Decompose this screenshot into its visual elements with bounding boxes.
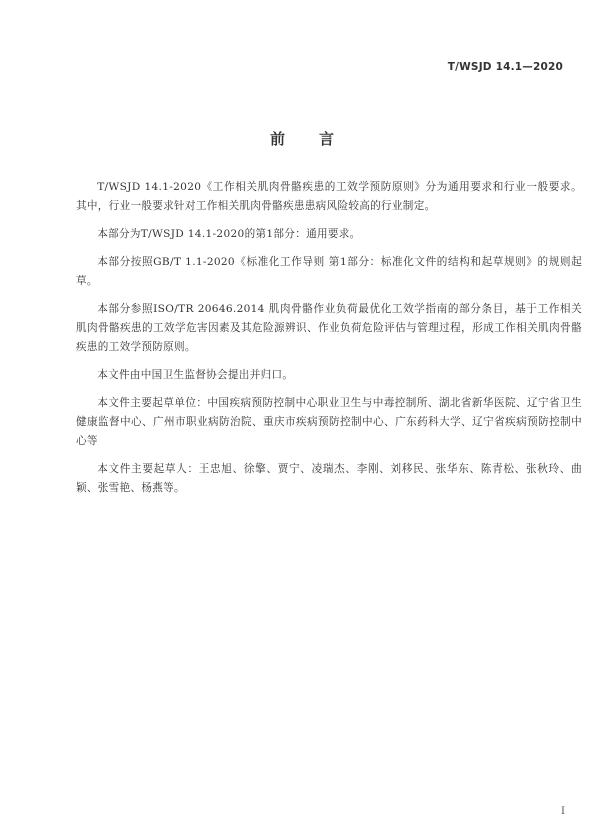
paragraph-proposer: 本文件由中国卫生监督协会提出并归口。 <box>76 366 582 385</box>
paragraph-drafting-units: 本文件主要起草单位：中国疾病预防控制中心职业卫生与中毒控制所、湖北省新华医院、辽… <box>76 394 582 451</box>
standard-code-header: T/WSJD 14.1—2020 <box>448 61 563 73</box>
paragraph-part-scope: 本部分为T/WSJD 14.1-2020的第1部分：通用要求。 <box>76 225 582 244</box>
paragraph-drafters: 本文件主要起草人：王忠旭、徐擎、贾宁、凌瑞杰、李刚、刘移民、张华东、陈青松、张秋… <box>76 460 582 498</box>
paragraph-references: 本部分参照ISO/TR 20646.2014 肌肉骨骼作业负荷最优化工效学指南的… <box>76 300 582 357</box>
page-number: I <box>561 806 565 817</box>
paragraph-standard-structure: T/WSJD 14.1-2020《工作相关肌肉骨骼疾患的工效学预防原则》分为通用… <box>76 178 582 216</box>
page-title: 前言 <box>0 128 604 149</box>
paragraph-drafting-rules: 本部分按照GB/T 1.1-2020《标准化工作导则 第1部分：标准化文件的结构… <box>76 253 582 291</box>
foreword-body: T/WSJD 14.1-2020《工作相关肌肉骨骼疾患的工效学预防原则》分为通用… <box>76 178 582 507</box>
